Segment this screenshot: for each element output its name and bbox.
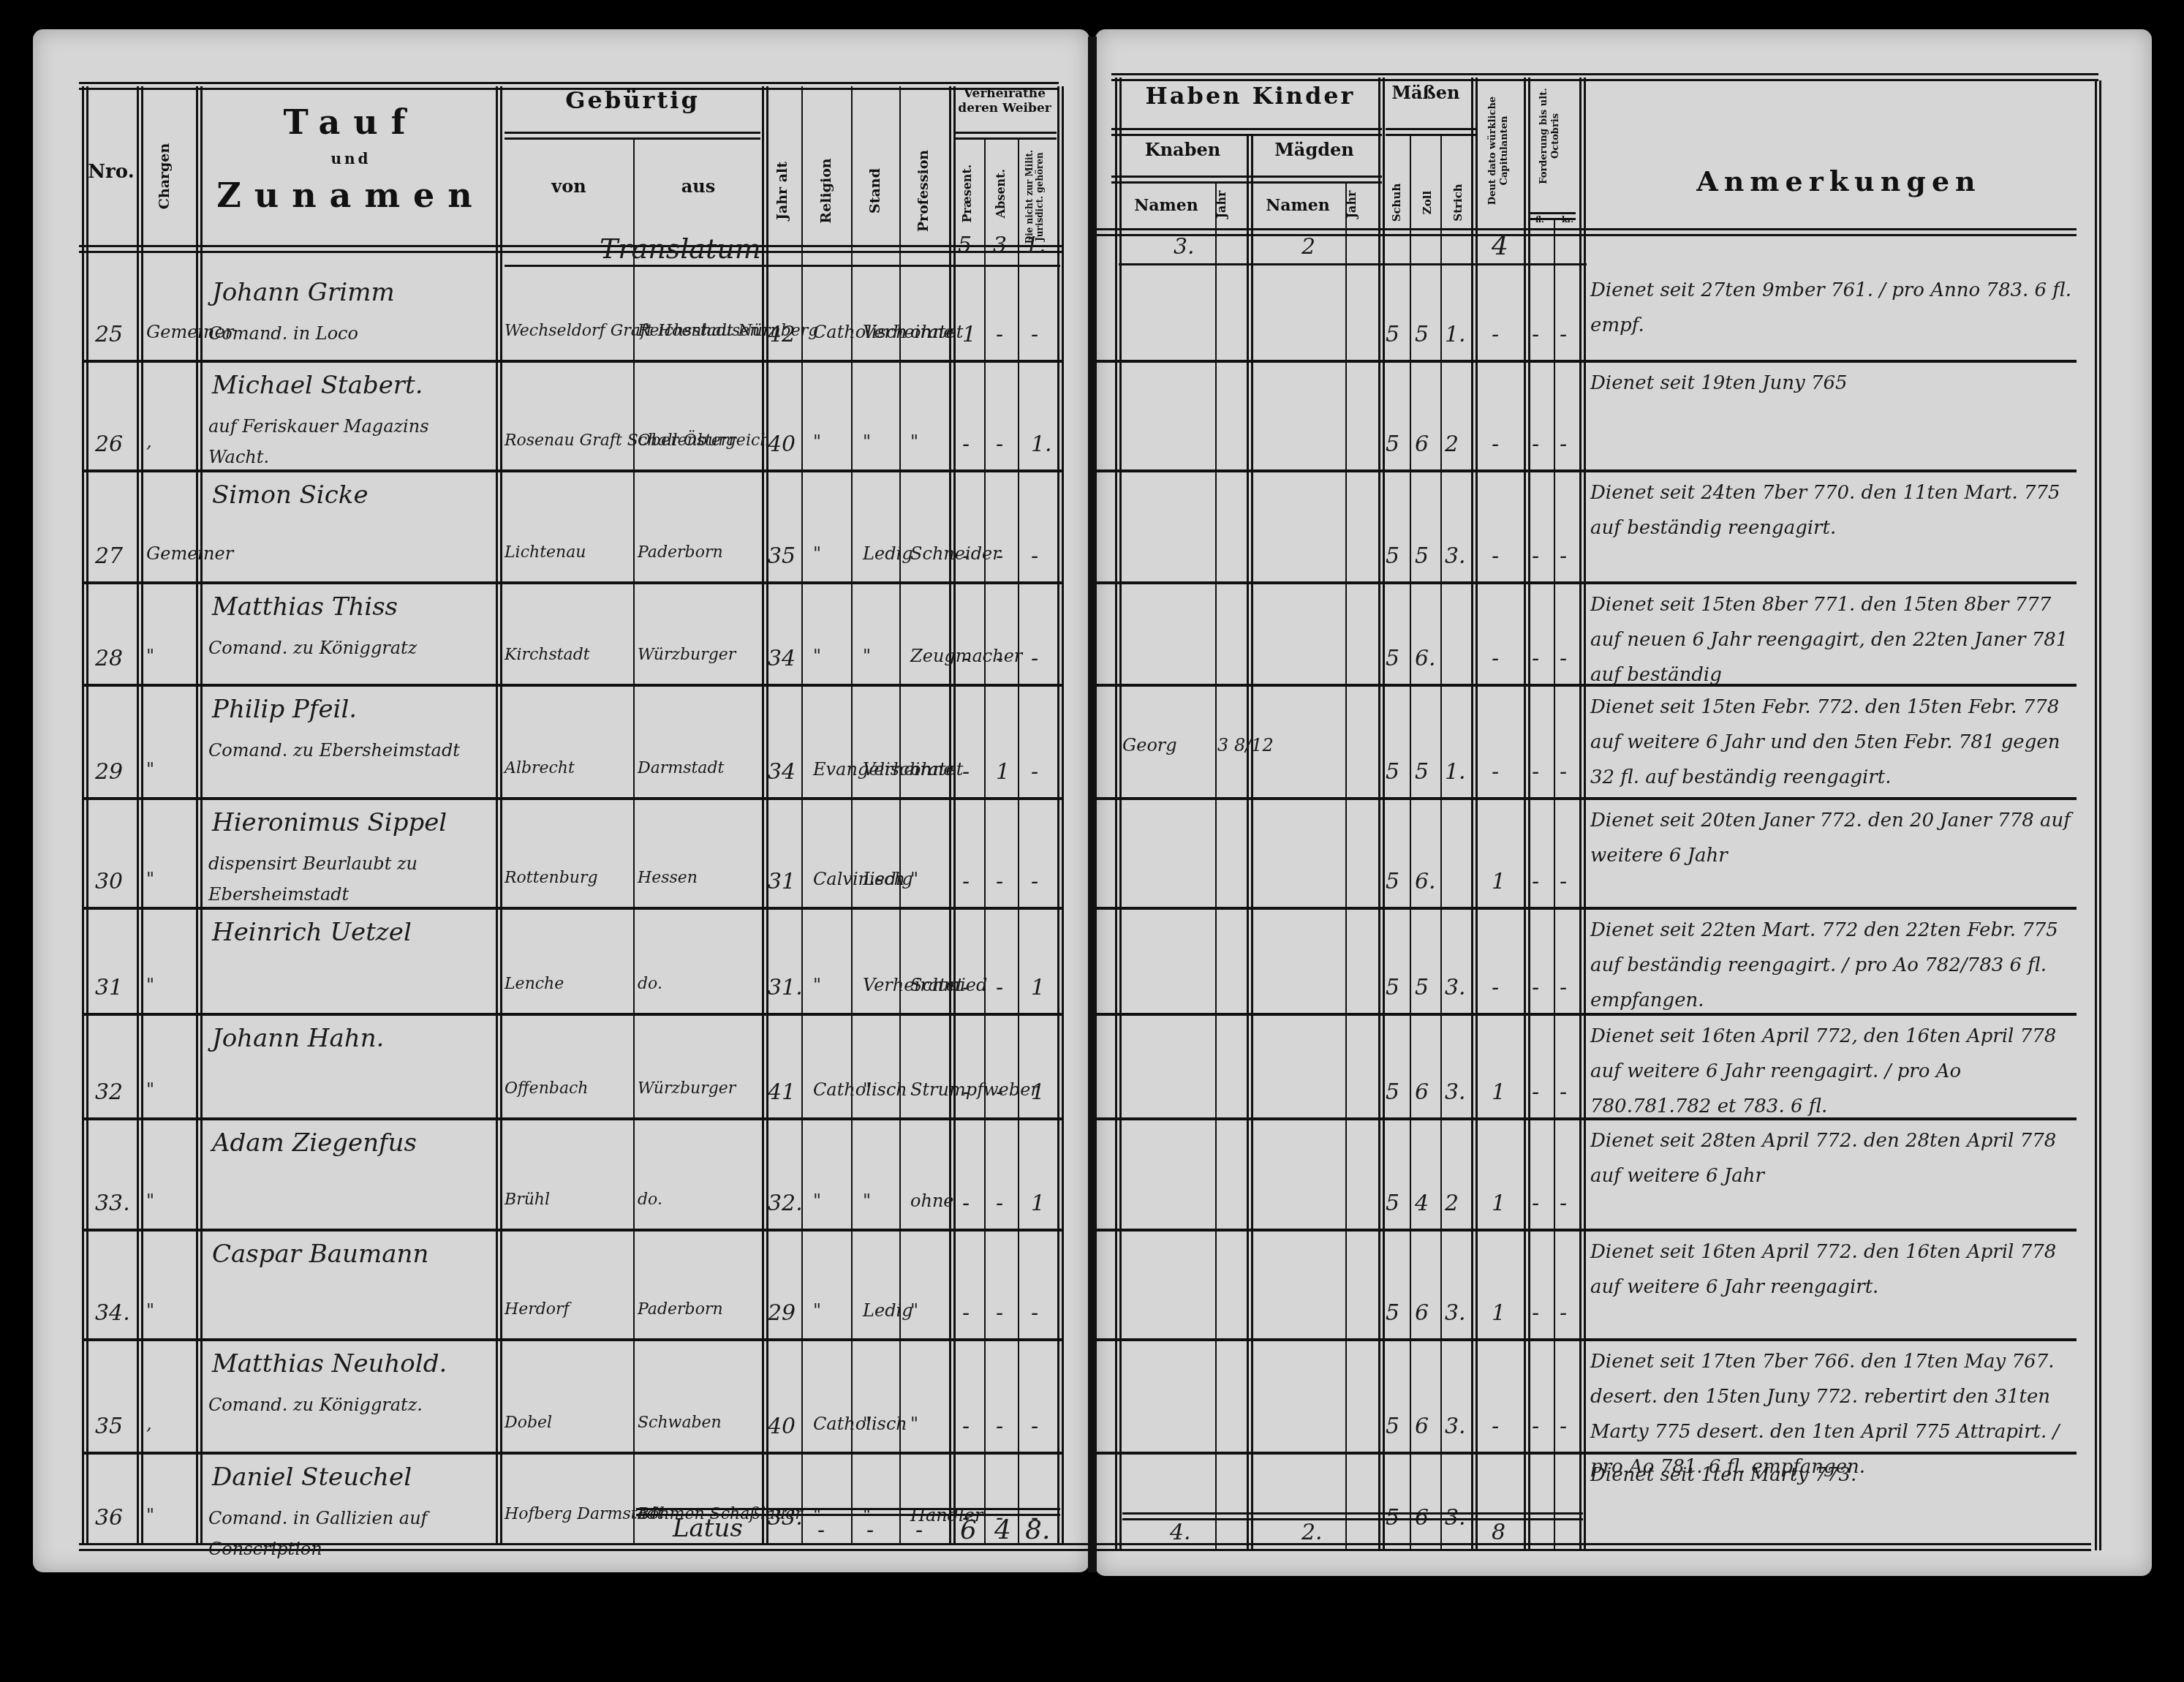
latus-capitulanten: 8 [1492, 1520, 1505, 1545]
row-name: Matthias Neuhold. [212, 1349, 447, 1379]
row-wife-not-jurisdiction: 1. [1031, 431, 1052, 457]
book-gutter [1088, 37, 1097, 1572]
row-claim-kr: - [1560, 322, 1567, 347]
right-bottom-border [1097, 1543, 2091, 1545]
translatum-nicht-jur: 1. [1025, 233, 1046, 258]
row-remark: Dienet seit 15ten 8ber 771. den 15ten 8b… [1590, 587, 2073, 693]
row-charge: " [146, 759, 154, 780]
row-age: 35 [768, 543, 796, 569]
row-claim-kr: - [1560, 975, 1567, 1000]
row-wife-present: - [962, 869, 970, 894]
row-claim-fl: - [1532, 431, 1539, 457]
row-height-schuh: 5 [1386, 1414, 1399, 1439]
row-religion: " [813, 1300, 821, 1321]
vline [1554, 219, 1555, 1550]
row-remark: Dienet seit 24ten 7ber 770. den 11ten Ma… [1590, 475, 2073, 546]
row-profession: " [910, 869, 918, 889]
row-wife-not-jurisdiction: - [1031, 543, 1038, 569]
row-nro: 32 [95, 1079, 123, 1105]
row-wife-absent: 1 [996, 759, 1010, 785]
row-wife-absent: - [996, 431, 1003, 457]
vline [762, 86, 764, 1545]
row-capitulant: - [1492, 975, 1499, 1000]
row-claim-fl: - [1532, 759, 1539, 785]
row-profession: ohne [910, 322, 954, 342]
row-birthplace-von: Dobel [505, 1414, 552, 1432]
row-profession: Strumpfweber [910, 1079, 1039, 1100]
row-age: 31. [768, 975, 803, 1000]
row-claim-kr: - [1560, 1300, 1567, 1326]
row-name: Johann Hahn. [212, 1024, 384, 1053]
row-religion: " [813, 431, 821, 452]
row-height-zoll: 4 [1415, 1191, 1429, 1216]
row-claim-kr: - [1560, 543, 1567, 569]
row-profession: ohne [910, 759, 954, 780]
row-height-zoll: 6. [1415, 646, 1436, 671]
row-marital-status: " [863, 1414, 871, 1434]
row-note: dispensirt Beurlaubt zu Ebersheimstadt [208, 848, 486, 910]
row-divider [1097, 1338, 2077, 1341]
row-claim-fl: - [1532, 543, 1539, 569]
row-nro: 35 [95, 1414, 123, 1439]
row-capitulant: 1 [1492, 1191, 1505, 1216]
row-birthplace-von: Kirchstadt [505, 646, 590, 664]
row-wife-not-jurisdiction: - [1031, 646, 1038, 671]
row-wife-not-jurisdiction: 1 [1031, 1191, 1045, 1216]
vline [1057, 86, 1059, 1545]
row-remark: Dienet seit 28ten April 772. den 28ten A… [1590, 1123, 2073, 1193]
row-divider [1097, 469, 2077, 472]
latus-profession: - [915, 1517, 923, 1543]
header-nro: Nro. [86, 161, 136, 183]
latus-label: Latus [673, 1514, 743, 1543]
row-nro: 34. [95, 1300, 130, 1326]
header-aus: aus [636, 176, 760, 197]
row-wife-not-jurisdiction: - [1031, 1414, 1038, 1439]
row-charge: " [146, 1079, 154, 1100]
row-height-zoll: 5 [1415, 543, 1429, 569]
row-claim-fl: - [1532, 869, 1539, 894]
row-height-schuh: 5 [1386, 1079, 1399, 1105]
row-height-zoll: 6 [1415, 1505, 1429, 1531]
vline [82, 86, 84, 1545]
latus-rule [636, 1508, 1060, 1510]
vline [1524, 78, 1526, 1551]
row-age: 29 [768, 1300, 796, 1326]
header-geburtig: Gebürtig [505, 86, 760, 114]
row-claim-kr: - [1560, 869, 1567, 894]
row-name: Heinrich Uetzel [212, 918, 412, 947]
row-name: Caspar Baumann [212, 1240, 428, 1269]
row-note: Comand. zu Königgratz [208, 633, 486, 663]
header-jahr-knaben: Jahr [1214, 183, 1228, 227]
row-height-zoll: 6. [1415, 869, 1436, 894]
header-knaben: Knaben [1119, 139, 1247, 160]
row-remark: Dienet seit 19ten Juny 765 [1590, 366, 2073, 401]
row-wife-present: - [962, 1079, 970, 1105]
row-wife-not-jurisdiction: - [1031, 322, 1038, 347]
row-height-strich: 3. [1445, 1505, 1466, 1531]
forderung-rule [1528, 212, 1576, 214]
header-und: und [208, 150, 494, 167]
row-claim-kr: - [1560, 1079, 1567, 1105]
row-marital-status: Ledig [863, 543, 913, 564]
row-claim-fl: - [1532, 1300, 1539, 1326]
row-wife-present: 1 [962, 322, 976, 347]
row-height-schuh: 5 [1386, 1505, 1399, 1531]
row-marital-status: Ledig [863, 1300, 913, 1321]
row-height-schuh: 5 [1386, 543, 1399, 569]
row-name: Hieronimus Sippel [212, 808, 447, 837]
row-claim-kr: - [1560, 1191, 1567, 1216]
row-religion: " [813, 646, 821, 666]
right-header-rule [1097, 228, 2077, 230]
row-wife-present: - [962, 1300, 970, 1326]
vline [196, 86, 198, 1545]
row-divider [1097, 1229, 2077, 1232]
header-verheirathe: Verheirathe deren Weiber [952, 86, 1057, 116]
row-wife-present: - [962, 759, 970, 785]
row-age: 42 [768, 322, 796, 347]
vline [2095, 80, 2097, 1550]
row-birthplace-von: Rottenburg [505, 869, 598, 887]
row-claim-fl: - [1532, 646, 1539, 671]
row-age: 31 [768, 869, 796, 894]
latus-nicht-jur: 8. [1025, 1515, 1050, 1545]
massen-rule [1386, 128, 1477, 130]
haben-kinder-rule [1111, 128, 1382, 130]
geburtig-rule [505, 132, 760, 134]
row-son-age: 3 8/12 [1217, 735, 1274, 755]
header-jahr-alt: Jahr alt [774, 147, 790, 235]
row-wife-not-jurisdiction: 1 [1031, 1079, 1045, 1105]
header-religion: Religion [818, 147, 834, 235]
row-divider [82, 1452, 1062, 1455]
row-profession: Schneider [910, 543, 1001, 564]
row-claim-kr: - [1560, 646, 1567, 671]
row-charge: " [146, 646, 154, 666]
row-height-strich: 3. [1445, 543, 1466, 569]
row-nro: 25 [95, 322, 123, 347]
vline [496, 86, 498, 1545]
row-name: Michael Stabert. [212, 371, 423, 400]
translatum-rule [505, 265, 1060, 267]
verheirathe-rule [954, 132, 1057, 134]
row-claim-kr: - [1560, 1414, 1567, 1439]
row-birthplace-aus: Hessen [638, 869, 698, 887]
row-height-zoll: 6 [1415, 1414, 1429, 1439]
header-praesent: Præsent. [960, 150, 974, 238]
row-divider [1097, 360, 2077, 363]
row-charge: " [146, 1300, 154, 1321]
row-religion: " [813, 1191, 821, 1211]
row-son-name: Georg [1122, 735, 1177, 755]
header-jahr-magden: Jahr [1345, 183, 1359, 227]
row-wife-present: - [962, 975, 970, 1000]
row-charge: , [146, 1414, 152, 1434]
row-wife-present: - [962, 1414, 970, 1439]
row-capitulant: - [1492, 543, 1499, 569]
row-wife-present: - [962, 543, 970, 569]
row-height-schuh: 5 [1386, 975, 1399, 1000]
row-age: 34 [768, 646, 796, 671]
vline [1378, 78, 1380, 1551]
row-remark: Dienet seit 15ten Febr. 772. den 15ten F… [1590, 690, 2073, 795]
header-haben-kinder: Haben Kinder [1119, 82, 1382, 110]
row-religion: Catholisch [813, 1079, 907, 1100]
row-age: 40 [768, 1414, 796, 1439]
row-remark: Dienet seit 20ten Janer 772. den 20 Jane… [1590, 803, 2073, 873]
header-chargen: Chargen [156, 118, 173, 235]
row-height-schuh: 5 [1386, 322, 1399, 347]
row-divider [82, 1013, 1062, 1016]
row-marital-status: " [863, 1079, 871, 1100]
row-wife-absent: - [996, 1300, 1003, 1326]
row-name: Adam Ziegenfus [212, 1128, 417, 1158]
translatum-knaben: 3. [1174, 234, 1195, 260]
row-age: 41 [768, 1079, 796, 1105]
row-religion: " [813, 543, 821, 564]
row-claim-fl: - [1532, 975, 1539, 1000]
vline [1018, 139, 1019, 1543]
row-nro: 29 [95, 759, 123, 785]
row-height-strich: 3. [1445, 975, 1466, 1000]
row-remark: Dienet seit 1ten Marty 773. [1590, 1457, 2073, 1493]
header-schuh: Schuh [1390, 173, 1403, 232]
row-charge: " [146, 1505, 154, 1526]
vline [1579, 78, 1582, 1551]
row-birthplace-von: Lichtenau [505, 543, 586, 562]
header-strich: Strich [1451, 173, 1465, 232]
latus-knaben: 4. [1170, 1520, 1191, 1545]
row-birthplace-aus: Paderborn [638, 1300, 723, 1319]
row-wife-not-jurisdiction: 1 [1031, 975, 1045, 1000]
row-divider [1097, 581, 2077, 584]
row-note: auf Feriskauer Magazins Wacht. [208, 411, 486, 472]
row-charge: Gemeiner [146, 543, 233, 564]
row-wife-absent: - [996, 543, 1003, 569]
vline [137, 86, 139, 1545]
row-divider [1097, 797, 2077, 800]
row-note: Comand. in Gallizien auf Conscription [208, 1503, 486, 1564]
row-name: Matthias Thiss [212, 592, 398, 622]
row-capitulant: - [1492, 759, 1499, 785]
row-age: 32. [768, 1191, 803, 1216]
row-divider [1097, 907, 2077, 910]
row-capitulant: 1 [1492, 1300, 1505, 1326]
row-height-strich: 3. [1445, 1414, 1466, 1439]
row-height-schuh: 5 [1386, 869, 1399, 894]
translatum-capitulanten: 4 [1492, 231, 1508, 261]
vline [633, 139, 635, 1543]
row-wife-absent: - [996, 1079, 1003, 1105]
row-birthplace-von: Herdorf [505, 1300, 570, 1319]
row-remark: Dienet seit 16ten April 772. den 16ten A… [1590, 1234, 2073, 1305]
left-top-border [79, 82, 1059, 84]
row-height-strich: 3. [1445, 1079, 1466, 1105]
row-charge: " [146, 1191, 154, 1211]
row-wife-absent: - [996, 975, 1003, 1000]
row-profession: " [910, 1300, 918, 1321]
row-height-zoll: 5 [1415, 322, 1429, 347]
row-capitulant: 1 [1492, 1079, 1505, 1105]
header-forderung: Forderung bis ult. Octobris [1538, 78, 1562, 195]
translatum-praesent: 5 [958, 233, 972, 258]
row-birthplace-aus: Schwaben [638, 1414, 722, 1432]
row-wife-not-jurisdiction: - [1031, 1300, 1038, 1326]
latus-religion: - [817, 1517, 825, 1543]
row-claim-kr: - [1560, 759, 1567, 785]
header-von: von [505, 176, 633, 197]
vline [1471, 78, 1473, 1551]
row-birthplace-aus: Würzburger [638, 1079, 736, 1098]
row-height-strich: 2 [1445, 431, 1459, 457]
header-magden: Mägden [1250, 139, 1378, 160]
row-birthplace-von: Brühl [505, 1191, 550, 1209]
row-name: Philip Pfeil. [212, 695, 357, 724]
row-birthplace-aus: Darmstadt [638, 759, 724, 777]
row-charge: , [146, 431, 152, 452]
row-religion: Catholisch [813, 1414, 907, 1434]
header-absent: Absent. [994, 150, 1008, 238]
row-marital-status: Ledig [863, 869, 913, 889]
row-nro: 26 [95, 431, 123, 457]
row-wife-present: - [962, 1191, 970, 1216]
row-nro: 27 [95, 543, 123, 569]
row-remark: Dienet seit 16ten April 772, den 16ten A… [1590, 1019, 2073, 1124]
row-wife-absent: - [996, 1414, 1003, 1439]
row-wife-absent: - [996, 1191, 1003, 1216]
row-height-schuh: 5 [1386, 759, 1399, 785]
row-height-strich: 1. [1445, 759, 1466, 785]
row-note: Comand. zu Königgratz. [208, 1389, 486, 1420]
translatum-rule-right [1119, 263, 1587, 265]
header-stand: Stand [867, 147, 883, 235]
header-kr: kr. [1556, 215, 1579, 225]
row-wife-not-jurisdiction: - [1031, 759, 1038, 785]
row-religion: " [813, 975, 821, 995]
row-height-strich: 1. [1445, 322, 1466, 347]
latus-stand: - [866, 1517, 874, 1543]
row-name: Daniel Steuchel [212, 1463, 412, 1492]
row-birthplace-von: Albrecht [505, 759, 575, 777]
header-profession: Profession [915, 147, 932, 235]
row-birthplace-aus: do. [638, 975, 662, 993]
row-remark: Dienet seit 27ten 9mber 761. / pro Anno … [1590, 273, 2073, 343]
header-massen: Mäßen [1382, 82, 1470, 103]
row-marital-status: " [863, 646, 871, 666]
header-zoll: Zoll [1421, 173, 1434, 232]
row-divider [82, 1338, 1062, 1341]
row-claim-fl: - [1532, 1191, 1539, 1216]
row-wife-present: - [962, 431, 970, 457]
row-height-schuh: 5 [1386, 431, 1399, 457]
header-tauf: Tauf [208, 102, 494, 142]
vline [851, 86, 853, 1545]
row-nro: 28 [95, 646, 123, 671]
row-remark: Dienet seit 22ten Mart. 772 den 22ten Fe… [1590, 913, 2073, 1018]
latus-praesent: 6 [960, 1515, 977, 1545]
row-birthplace-aus: Würzburger [638, 646, 736, 664]
vline [1345, 183, 1347, 1550]
row-divider [82, 797, 1062, 800]
row-claim-fl: - [1532, 1079, 1539, 1105]
row-divider [82, 1117, 1062, 1120]
row-nro: 30 [95, 869, 123, 894]
row-profession: ohne [910, 1191, 954, 1211]
header-capitulanten: Deut dato würkliche Capitulanten [1487, 85, 1511, 216]
row-profession: " [910, 431, 918, 452]
row-charge: " [146, 975, 154, 995]
row-nro: 33. [95, 1191, 130, 1216]
row-claim-kr: - [1560, 431, 1567, 457]
row-name: Johann Grimm [212, 278, 395, 307]
row-height-strich: 2 [1445, 1191, 1459, 1216]
row-charge: " [146, 869, 154, 889]
row-divider [82, 360, 1062, 363]
row-birthplace-aus: do. [638, 1191, 662, 1209]
row-birthplace-aus: Ober Österreich [638, 431, 770, 450]
row-wife-not-jurisdiction: - [1031, 869, 1038, 894]
row-nro: 31 [95, 975, 123, 1000]
row-divider [82, 684, 1062, 687]
latus-rule-right [1122, 1512, 1583, 1515]
header-namen-knaben: Namen [1119, 196, 1214, 215]
row-wife-absent: - [996, 869, 1003, 894]
row-marital-status: " [863, 1191, 871, 1211]
translatum-absent: 3 [993, 233, 1007, 258]
row-name: Simon Sicke [212, 480, 369, 510]
row-age: 40 [768, 431, 796, 457]
row-wife-absent: - [996, 646, 1003, 671]
row-age: 34 [768, 759, 796, 785]
row-capitulant: - [1492, 431, 1499, 457]
row-capitulant: - [1492, 322, 1499, 347]
row-height-zoll: 5 [1415, 975, 1429, 1000]
row-height-schuh: 5 [1386, 1300, 1399, 1326]
row-capitulant: - [1492, 1414, 1499, 1439]
row-divider [82, 1229, 1062, 1232]
row-profession: Schmied [910, 975, 987, 995]
header-fl: fl. [1527, 215, 1553, 225]
vline [949, 86, 951, 1545]
translatum-label: Translatum [600, 233, 761, 265]
latus-magden: 2. [1301, 1520, 1323, 1545]
row-height-zoll: 6 [1415, 1300, 1429, 1326]
row-height-zoll: 6 [1415, 1079, 1429, 1105]
header-anmerkungen: Anmerkungen [1587, 165, 2091, 197]
row-height-schuh: 5 [1386, 646, 1399, 671]
vline [984, 139, 986, 1543]
row-divider [82, 581, 1062, 584]
row-wife-present: - [962, 646, 970, 671]
vline [899, 86, 901, 1545]
row-capitulant: 1 [1492, 869, 1505, 894]
latus-absent: 4 [994, 1515, 1011, 1545]
left-header-rule [79, 245, 1062, 247]
row-claim-fl: - [1532, 1414, 1539, 1439]
vline [801, 86, 803, 1545]
row-wife-absent: - [996, 322, 1003, 347]
translatum-magden: 2 [1301, 234, 1315, 260]
row-height-strich: 3. [1445, 1300, 1466, 1326]
vline [1115, 78, 1117, 1551]
vline [1215, 183, 1217, 1550]
header-zunamen: Zunamen [208, 176, 494, 215]
row-height-zoll: 6 [1415, 431, 1429, 457]
row-height-zoll: 5 [1415, 759, 1429, 785]
row-birthplace-aus: Paderborn [638, 543, 723, 562]
